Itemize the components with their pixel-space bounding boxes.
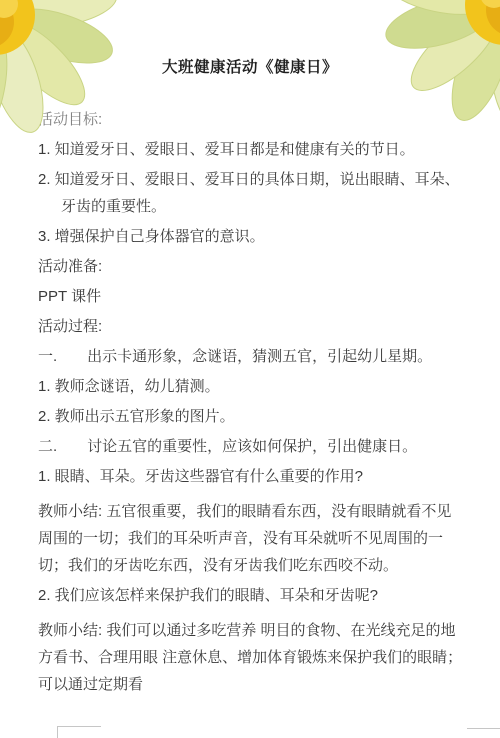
- paragraph: 3. 增强保护自己身体器官的意识。: [38, 223, 465, 250]
- paragraph: 活动过程:: [38, 313, 465, 340]
- document-body: 活动目标:1. 知道爱牙日、爱眼日、爱耳日都是和健康有关的节日。2. 知道爱牙日…: [0, 106, 500, 698]
- paragraph: PPT 课件: [38, 283, 465, 310]
- paragraph: 2. 我们应该怎样来保护我们的眼睛、耳朵和牙齿呢?: [38, 582, 465, 609]
- paragraph: 教师小结: 我们可以通过多吃营养 明目的食物、在光线充足的地方看书、合理用眼 注…: [38, 617, 465, 698]
- paragraph: 一. 出示卡通形象，念谜语，猜测五官，引起幼儿星期。: [38, 343, 465, 370]
- paragraph: 2. 教师出示五官形象的图片。: [38, 403, 465, 430]
- paragraph: 二. 讨论五官的重要性，应该如何保护，引出健康日。: [38, 433, 465, 460]
- paragraph: 活动准备:: [38, 253, 465, 280]
- document-page: 大班健康活动《健康日》 活动目标:1. 知道爱牙日、爱眼日、爱耳日都是和健康有关…: [0, 0, 500, 738]
- paragraph: 2. 知道爱牙日、爱眼日、爱耳日的具体日期，说出眼睛、耳朵、牙齿的重要性。: [38, 166, 465, 220]
- paragraph: 活动目标:: [38, 106, 465, 133]
- paragraph: 1. 教师念谜语，幼儿猜测。: [38, 373, 465, 400]
- paragraph: 教师小结: 五官很重要，我们的眼睛看东西，没有眼睛就看不见周围的一切；我们的耳朵…: [38, 498, 465, 579]
- page-corner-mark-right: [467, 728, 500, 738]
- document-title: 大班健康活动《健康日》: [0, 57, 500, 79]
- paragraph: 1. 知道爱牙日、爱眼日、爱耳日都是和健康有关的节日。: [38, 136, 465, 163]
- paragraph: 1. 眼睛、耳朵。牙齿这些器官有什么重要的作用?: [38, 463, 465, 490]
- page-corner-mark-left: [57, 726, 101, 738]
